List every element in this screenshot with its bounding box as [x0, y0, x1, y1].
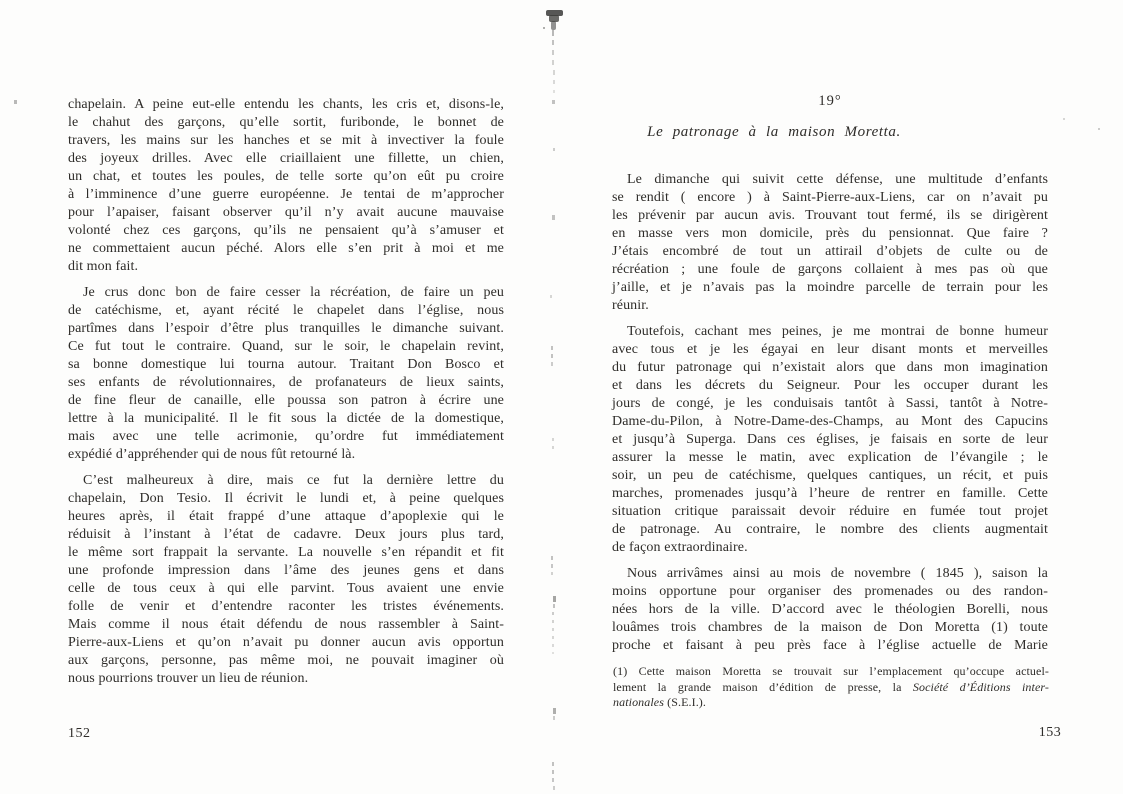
- right-text-column: Le dimanche qui suivit cette défense, un…: [612, 171, 1048, 655]
- scan-speck: [543, 27, 545, 29]
- text-line: Le dimanche qui suivit cette défense, un…: [612, 171, 1048, 189]
- text-line: jours de congé, je les conduisais tantôt…: [612, 395, 1048, 413]
- text-line: lettre à la municipalité. Il le fit sous…: [68, 410, 504, 428]
- text-line: réunir.: [612, 297, 1048, 315]
- paragraph: Le dimanche qui suivit cette défense, un…: [612, 171, 1048, 315]
- scan-speck: [14, 100, 17, 104]
- text-line: ne commettaient aucun péché. Alors elle …: [68, 240, 504, 258]
- scan-speck: [552, 612, 554, 615]
- text-line: le même sort frappait la servante. La no…: [68, 544, 504, 562]
- scan-speck: [551, 564, 553, 568]
- scan-speck: [552, 636, 554, 639]
- text-line: un chat, et toutes les poules, de telle …: [68, 168, 504, 186]
- scan-speck: [551, 556, 553, 560]
- text-line: Mais comme il nous était défendu de nous…: [68, 616, 504, 634]
- scan-speck: [552, 50, 554, 55]
- scan-smudge: [549, 15, 559, 22]
- book-scan-spread: chapelain. A peine eut-elle entendu les …: [0, 0, 1123, 794]
- scan-speck: [550, 295, 552, 298]
- scan-speck: [552, 100, 555, 104]
- scan-speck: [1063, 118, 1065, 120]
- text-line: expédié d’appréhender qui de nous fût re…: [68, 446, 504, 464]
- scan-speck: [551, 346, 553, 350]
- page-number-left: 152: [68, 726, 91, 742]
- text-line: lement la grande maison d’édition de pre…: [613, 680, 1049, 696]
- text-line: à l’imminence d’une guerre européenne. J…: [68, 186, 504, 204]
- text-line: Dame-du-Pilon, à Notre-Dame-des-Champs, …: [612, 413, 1048, 431]
- scan-speck: [553, 596, 556, 602]
- text-line: marches, promenades jusqu’à l’heure de r…: [612, 485, 1048, 503]
- page-number-right: 153: [1028, 725, 1072, 741]
- scan-speck: [552, 628, 554, 631]
- text-line: une profonde impression dans l’âme des j…: [68, 562, 504, 580]
- scan-speck: [552, 438, 554, 441]
- scan-speck: [553, 70, 555, 75]
- scan-speck: [552, 446, 554, 449]
- text-line: Nous arrivâmes ainsi au mois de novembre…: [612, 565, 1048, 583]
- text-line: nous pourrions trouver un lieu de réunio…: [68, 670, 504, 688]
- scan-speck: [551, 362, 553, 366]
- paragraph: Je crus donc bon de faire cesser la récr…: [68, 284, 504, 464]
- text-line: (1) Cette maison Moretta se trouvait sur…: [613, 664, 1049, 680]
- scan-speck: [552, 40, 554, 45]
- text-line: j’aille, et je n’avais pas la moindre pa…: [612, 279, 1048, 297]
- text-line: situation critique paraissait devoir réd…: [612, 503, 1048, 521]
- paragraph: chapelain. A peine eut-elle entendu les …: [68, 96, 504, 276]
- text-line: Pierre-aux-Liens et qu’on n’avait pu don…: [68, 634, 504, 652]
- scan-speck: [553, 90, 555, 93]
- text-line: Toutefois, cachant mes peines, je me mon…: [612, 323, 1048, 341]
- scan-speck: [552, 30, 554, 36]
- text-line: mais avec une telle acrimonie, qu’ordre …: [68, 428, 504, 446]
- chapter-title: Le patronage à la maison Moretta.: [556, 124, 992, 141]
- paragraph: C’est malheureux à dire, mais ce fut la …: [68, 472, 504, 688]
- scan-speck: [1098, 128, 1100, 130]
- text-line: chapelain, Don Tesio. Il écrivit le lund…: [68, 490, 504, 508]
- text-line: ses enfants de révolutionnaires, de prof…: [68, 374, 504, 392]
- text-line: volonté chez ces garçons, qu’ils ne pens…: [68, 222, 504, 240]
- scan-speck: [552, 620, 554, 623]
- text-line: moins opportune pour organiser des prome…: [612, 583, 1048, 601]
- text-line: C’est malheureux à dire, mais ce fut la …: [68, 472, 504, 490]
- scan-speck: [552, 652, 554, 654]
- text-line: de catéchisme, et, ayant récité le chape…: [68, 302, 504, 320]
- scan-speck: [553, 148, 555, 151]
- text-line: nées hors de la ville. D’accord avec le …: [612, 601, 1048, 619]
- text-line: proche et faisant à peu près face à l’ég…: [612, 637, 1048, 655]
- footnote: (1) Cette maison Moretta se trouvait sur…: [613, 664, 1049, 711]
- text-line: Je crus donc bon de faire cesser la récr…: [68, 284, 504, 302]
- scan-speck: [551, 572, 553, 575]
- scan-speck: [553, 786, 555, 790]
- text-line: les prévenir par aucun avis. Trouvant to…: [612, 207, 1048, 225]
- scan-speck: [552, 60, 554, 65]
- text-line: celle de tous ceux à qui elle parvint. T…: [68, 580, 504, 598]
- text-line: des joyeux drilles. Avec elle criaillaie…: [68, 150, 504, 168]
- text-line: Ce fut tout le contraire. Quand, sur le …: [68, 338, 504, 356]
- scan-speck: [552, 770, 554, 774]
- text-line: avec tous et je les égayai en leur disan…: [612, 341, 1048, 359]
- text-line: se rendit ( encore ) à Saint-Pierre-aux-…: [612, 189, 1048, 207]
- chapter-number: 19°: [612, 93, 1048, 110]
- text-line: en masse vers mon domicile, près du pens…: [612, 225, 1048, 243]
- text-line: dit mon fait.: [68, 258, 504, 276]
- text-line: et dans les décrets du Seigneur. Pour le…: [612, 377, 1048, 395]
- text-line: aux garçons, personne, pas même moi, ne …: [68, 652, 504, 670]
- text-line: de patronage. Au contraire, le nombre de…: [612, 521, 1048, 539]
- text-line: sa bonne domestique lui tourna autour. T…: [68, 356, 504, 374]
- scan-speck: [552, 778, 554, 782]
- text-line: récréation ; une foule de garçons collai…: [612, 261, 1048, 279]
- text-line: travers, les mains sur les hanches et se…: [68, 132, 504, 150]
- text-line: louâmes trois chambres de la maison de D…: [612, 619, 1048, 637]
- text-line: de façon extraordinaire.: [612, 539, 1048, 557]
- scan-smudge: [546, 10, 563, 16]
- scan-speck: [553, 604, 555, 608]
- scan-speck: [553, 708, 556, 714]
- paragraph: Nous arrivâmes ainsi au mois de novembre…: [612, 565, 1048, 655]
- left-text-column: chapelain. A peine eut-elle entendu les …: [68, 96, 504, 688]
- text-line: folle de venir et d’entendre raconter le…: [68, 598, 504, 616]
- text-line: partîmes dans l’espoir d’être plus tranq…: [68, 320, 504, 338]
- text-line: pour l’apaiser, faisant observer qu’il n…: [68, 204, 504, 222]
- text-line: assurer la messe le matin, avec explicat…: [612, 449, 1048, 467]
- scan-speck: [553, 80, 555, 84]
- paragraph: Toutefois, cachant mes peines, je me mon…: [612, 323, 1048, 557]
- text-line: du futur patronage qui n’existait alors …: [612, 359, 1048, 377]
- text-line: heures après, il était frappé d’une atta…: [68, 508, 504, 526]
- text-line: et jusqu’à Superga. Dans ces églises, je…: [612, 431, 1048, 449]
- text-line: soir, un peu de catéchisme, quelques can…: [612, 467, 1048, 485]
- paragraph: (1) Cette maison Moretta se trouvait sur…: [613, 664, 1049, 711]
- text-line: J’étais encombré de tout un attirail d’o…: [612, 243, 1048, 261]
- text-line: réduisit à l’instant à l’état de cadavre…: [68, 526, 504, 544]
- text-line: chapelain. A peine eut-elle entendu les …: [68, 96, 504, 114]
- scan-speck: [553, 716, 555, 720]
- text-line: le chahut des garçons, qu’elle sortit, f…: [68, 114, 504, 132]
- scan-speck: [552, 644, 554, 647]
- text-line: de fine fleur de canaille, elle poussa s…: [68, 392, 504, 410]
- scan-speck: [551, 354, 553, 358]
- scan-speck: [552, 762, 554, 766]
- scan-smudge: [551, 21, 556, 30]
- text-line: nationales (S.E.I.).: [613, 695, 1049, 711]
- scan-speck: [552, 215, 555, 220]
